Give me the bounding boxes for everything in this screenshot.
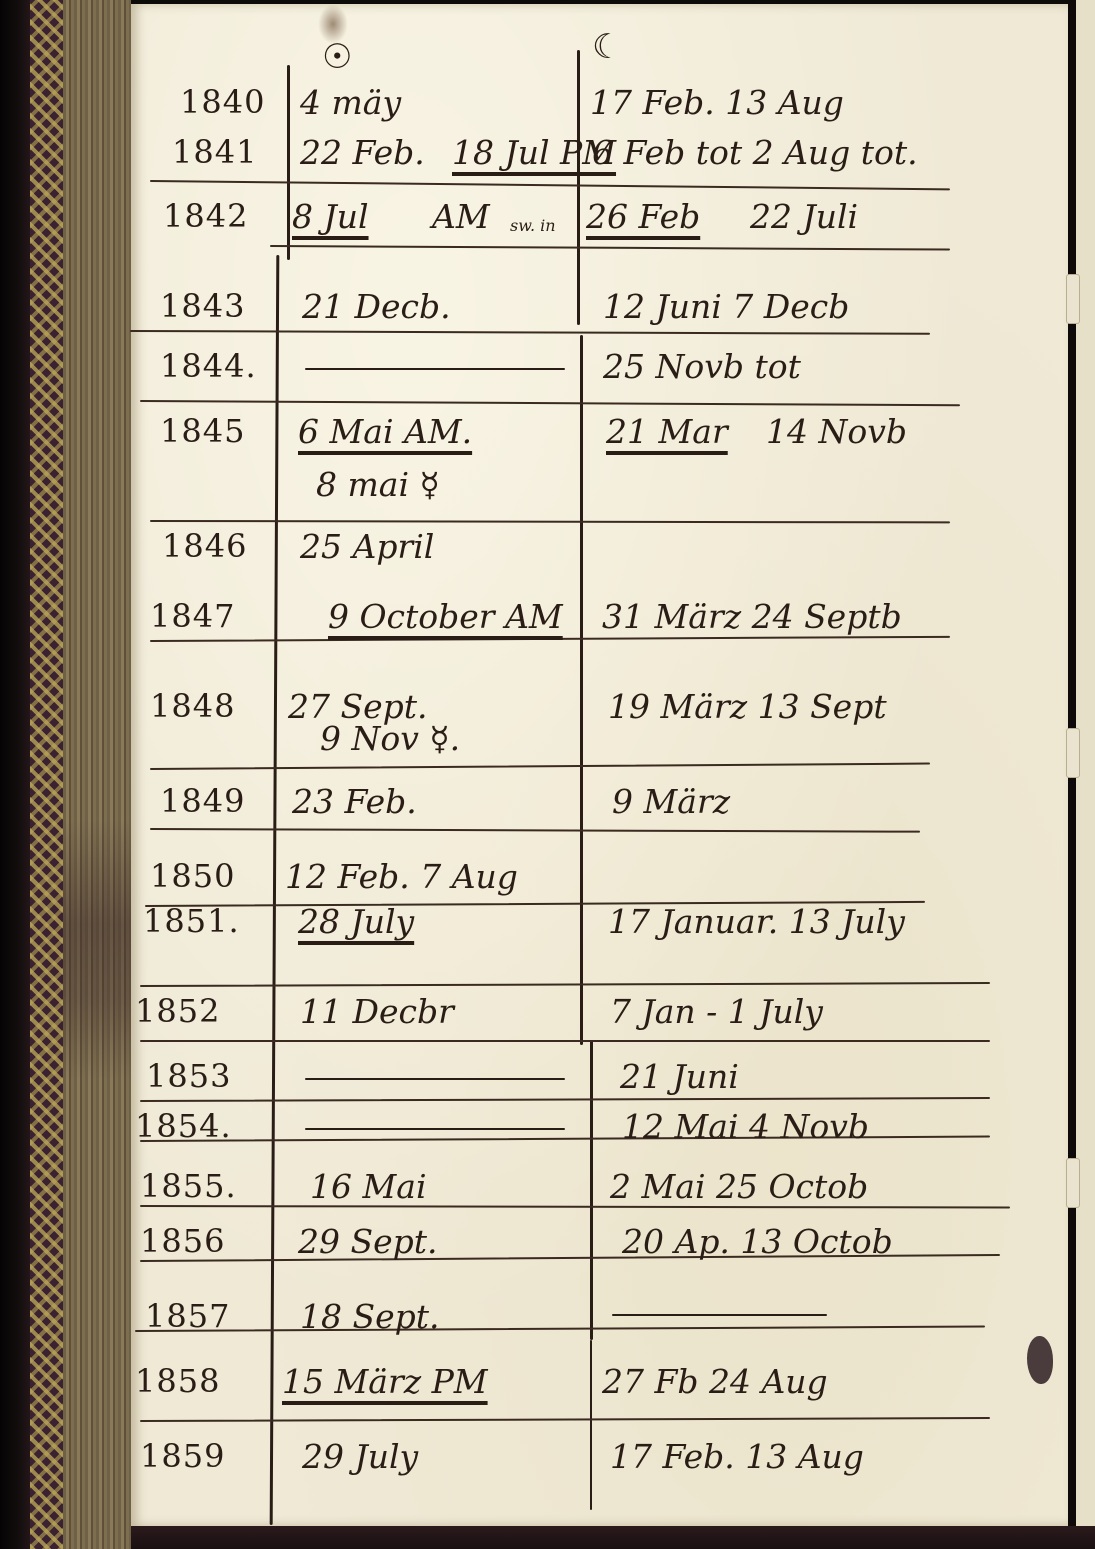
solar-eclipse-cell: 8 mai ☿ xyxy=(316,468,440,501)
solar-eclipse-cell: 25 April xyxy=(300,530,434,563)
year-cell: 1854. xyxy=(135,1110,232,1142)
solar-eclipse-cell: 21 Decb. xyxy=(302,290,451,323)
year-cell: 1851. xyxy=(143,905,240,937)
year-cell: 1843 xyxy=(160,290,245,322)
solar-eclipse-cell: 15 März PM xyxy=(282,1365,488,1398)
year-cell: 1844. xyxy=(160,350,257,382)
year-cell: 1846 xyxy=(162,530,247,562)
lunar-eclipse-cell: 12 Mai 4 Novb xyxy=(622,1110,869,1143)
solar-eclipse-cell: 11 Decbr xyxy=(300,995,454,1028)
lunar-eclipse-cell: 21 Mar xyxy=(606,415,728,448)
solar-eclipse-cell: 29 Sept. xyxy=(298,1225,438,1258)
lunar-eclipse-cell: 2 Mai 25 Octob xyxy=(610,1170,868,1203)
year-cell: 1853 xyxy=(146,1060,231,1092)
row-divider xyxy=(140,1040,990,1042)
solar-eclipse-cell: 18 Sept. xyxy=(300,1300,440,1333)
lunar-eclipse-cell: 14 Novb xyxy=(766,415,907,448)
lunar-eclipse-cell: 12 Juni 7 Decb xyxy=(603,290,849,323)
year-cell: 1845 xyxy=(160,415,245,447)
solar-eclipse-cell: 9 Nov ☿. xyxy=(320,722,460,755)
year-cell: 1850 xyxy=(150,860,235,892)
gilt-tooled-border xyxy=(30,0,63,1549)
year-cell: 1855. xyxy=(140,1170,237,1202)
page-tab xyxy=(1066,274,1080,324)
year-cell: 1849 xyxy=(160,785,245,817)
page-tab xyxy=(1066,1158,1080,1208)
solar-eclipse-cell: 29 July xyxy=(302,1440,418,1473)
solar-eclipse-cell: 22 Feb. xyxy=(300,136,425,169)
lunar-eclipse-cell: 21 Juni xyxy=(620,1060,739,1093)
empty-lunar-dash xyxy=(612,1314,827,1316)
column-rule-lunar xyxy=(580,335,583,1045)
lunar-eclipse-cell: 6 Feb tot 2 Aug tot. xyxy=(592,136,918,169)
solar-note: sw. in xyxy=(510,218,556,234)
year-cell: 1842 xyxy=(163,200,248,232)
year-cell: 1857 xyxy=(145,1300,230,1332)
lunar-eclipse-cell: 9 März xyxy=(612,785,730,818)
moon-symbol-icon: ☾ xyxy=(592,30,622,64)
ink-blot xyxy=(1027,1336,1053,1384)
column-rule-lunar xyxy=(577,50,580,325)
lunar-eclipse-cell: 17 Januar. 13 July xyxy=(608,905,905,938)
lunar-eclipse-cell: 26 Feb xyxy=(586,200,700,233)
year-cell: 1841 xyxy=(172,136,257,168)
book-cover-edge xyxy=(0,0,30,1549)
lunar-eclipse-cell: 7 Jan - 1 July xyxy=(610,995,823,1028)
empty-solar-dash xyxy=(305,1078,565,1080)
solar-eclipse-cell: 8 Jul xyxy=(292,200,369,233)
empty-solar-dash xyxy=(305,368,565,370)
solar-eclipse-cell: AM xyxy=(432,200,490,233)
year-cell: 1856 xyxy=(140,1225,225,1257)
year-cell: 1848 xyxy=(150,690,235,722)
lunar-eclipse-cell: 19 März 13 Sept xyxy=(608,690,887,723)
page-edges xyxy=(63,0,131,1549)
solar-eclipse-cell: 16 Mai xyxy=(310,1170,427,1203)
lunar-eclipse-cell: 17 Feb. 13 Aug xyxy=(610,1440,864,1473)
solar-eclipse-cell: 23 Feb. xyxy=(292,785,417,818)
solar-eclipse-cell: 28 July xyxy=(298,905,414,938)
lunar-eclipse-cell: 31 März 24 Septb xyxy=(602,600,902,633)
year-cell: 1859 xyxy=(140,1440,225,1472)
solar-eclipse-cell: 4 mäy xyxy=(300,86,401,119)
year-cell: 1847 xyxy=(150,600,235,632)
lunar-eclipse-cell: 25 Novb tot xyxy=(603,350,801,383)
column-rule-lunar xyxy=(590,1040,593,1340)
page-tab xyxy=(1066,728,1080,778)
lunar-eclipse-cell: 17 Feb. 13 Aug xyxy=(590,86,844,119)
year-cell: 1840 xyxy=(180,86,265,118)
lunar-eclipse-cell: 27 Fb 24 Aug xyxy=(602,1365,828,1398)
solar-eclipse-cell: 12 Feb. 7 Aug xyxy=(285,860,518,893)
column-rule-solar xyxy=(287,65,290,260)
solar-eclipse-cell: 9 October AM xyxy=(328,600,563,633)
lunar-eclipse-cell: 20 Ap. 13 Octob xyxy=(622,1225,893,1258)
lunar-eclipse-cell: 22 Juli xyxy=(750,200,858,233)
year-cell: 1858 xyxy=(135,1365,220,1397)
solar-eclipse-cell: 6 Mai AM. xyxy=(298,415,472,448)
sun-symbol-icon: ☉ xyxy=(322,40,352,74)
book-bottom-edge xyxy=(131,1526,1095,1549)
column-rule-lunar xyxy=(590,1340,592,1510)
empty-solar-dash xyxy=(305,1128,565,1130)
year-cell: 1852 xyxy=(135,995,220,1027)
